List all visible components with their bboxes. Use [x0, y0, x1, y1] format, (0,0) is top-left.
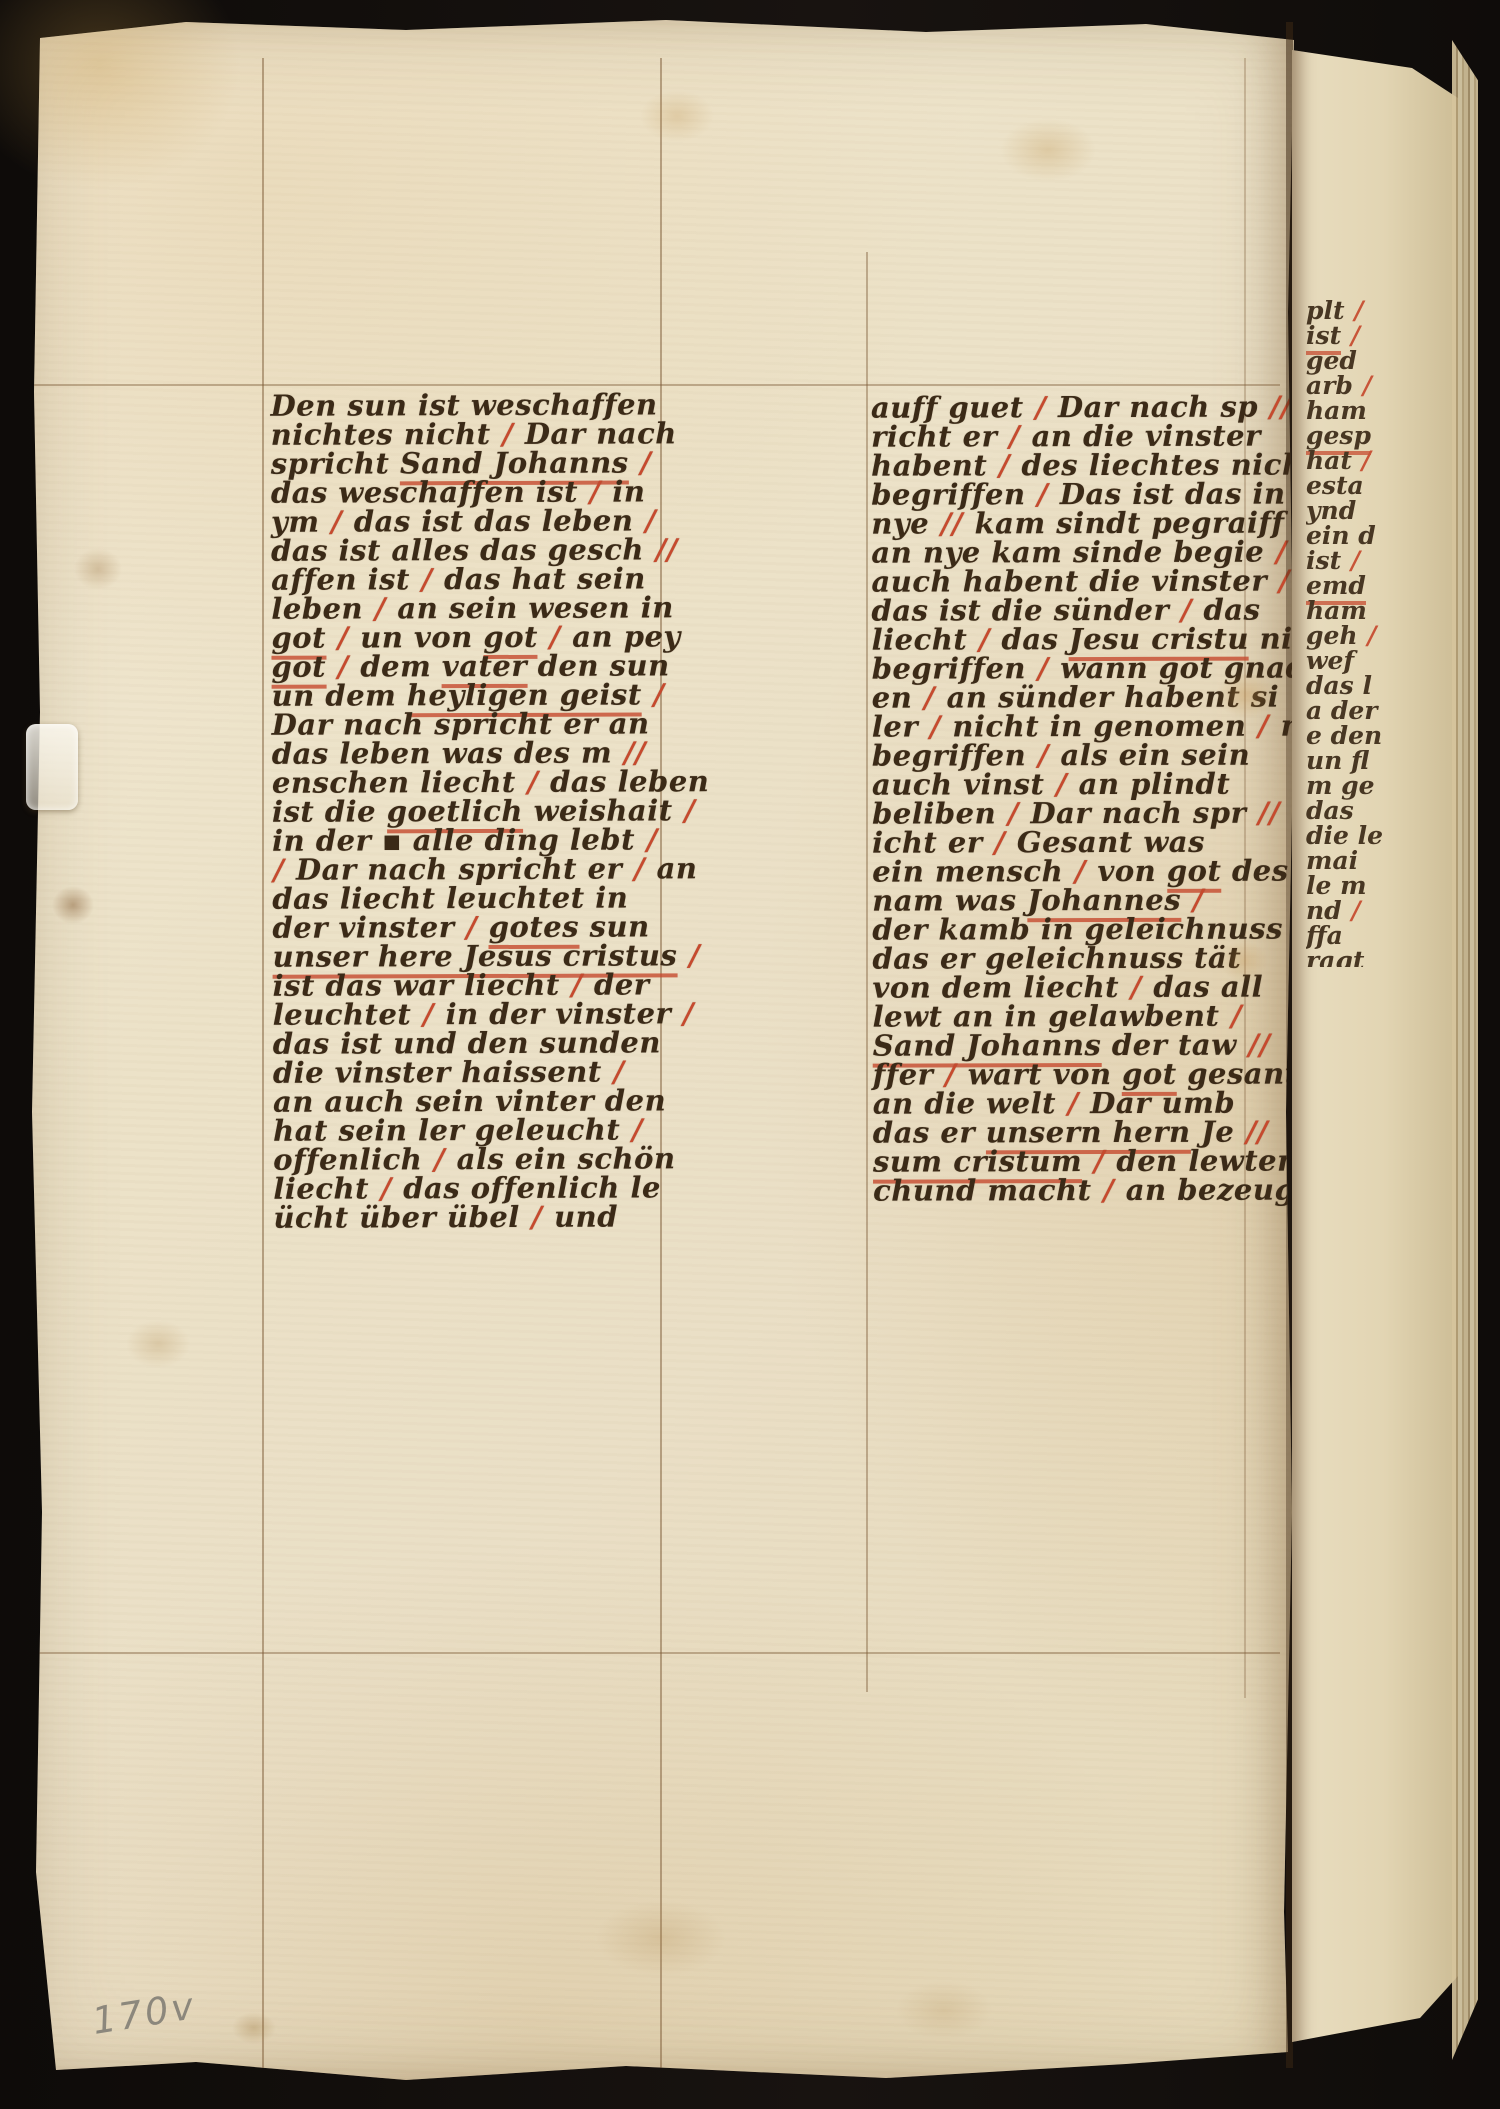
- rubric-slash: /: [1366, 621, 1377, 650]
- film-clip: [26, 724, 78, 810]
- next-page-edge: plt /ist /gedarb /hamgesphat /estayndein…: [1292, 26, 1458, 2062]
- rubric-slash: /: [1257, 709, 1270, 743]
- rubric-slash: //: [654, 532, 678, 566]
- text-line: Dar nach spricht er an: [272, 702, 710, 733]
- edge-text-fragment: e den: [1306, 717, 1446, 742]
- fore-edge-page-stack: [1452, 40, 1478, 2060]
- text-line: der vinster / gotes sun: [272, 905, 710, 936]
- rubric-slash: /: [1350, 896, 1361, 925]
- page-gutter-shadow: [1286, 22, 1293, 2068]
- rubric-slash: /: [683, 793, 696, 827]
- text-line: unser here Jesus cristus /: [272, 934, 710, 965]
- text-line: ist die goetlich weishait /: [272, 789, 710, 820]
- text-line: das weschaffen ist / in: [271, 470, 709, 501]
- text-line: das leben was des m //: [272, 731, 710, 762]
- rubric-slash: /: [1102, 1173, 1115, 1207]
- edge-text-fragment: ffa: [1306, 917, 1446, 942]
- edge-text-fragment: plt /: [1306, 292, 1446, 317]
- text-line: leben / an sein wesen in: [271, 586, 709, 617]
- text-line: affen ist / das hat sein: [271, 557, 709, 588]
- text-line: / Dar nach spricht er / an: [272, 847, 710, 878]
- text-line: got / un von got / an pey: [271, 615, 709, 646]
- edge-text-fragment: ged: [1306, 342, 1446, 367]
- text-line: das ist alles das gesch //: [271, 528, 709, 559]
- rubric-slash: /: [688, 938, 701, 972]
- edge-text-fragment: ham: [1306, 592, 1446, 617]
- edge-text-fragment: geh /: [1306, 617, 1446, 642]
- text-line: got / dem vater den sun: [271, 644, 709, 675]
- edge-text-fragment: le m: [1306, 867, 1446, 892]
- text-line: leuchtet / in der vinster /: [273, 992, 711, 1023]
- text-line: enschen liecht / das leben: [272, 760, 710, 791]
- text-line: ist das war liecht / der: [273, 963, 711, 994]
- text-column-left: Den sun ist weschaffennichtes nicht / Da…: [271, 383, 711, 1226]
- ruling-line-horizontal-bottom: [34, 1652, 1280, 1654]
- edge-text-fragment: emd: [1306, 567, 1446, 592]
- text-line: nichtes nicht / Dar nach: [271, 412, 709, 443]
- manuscript-photo: Den sun ist weschaffennichtes nicht / Da…: [0, 0, 1500, 2109]
- text-line: spricht Sand Johanns /: [271, 441, 709, 472]
- rubric-slash: //: [1257, 796, 1281, 830]
- edge-text-fragment: m ge: [1306, 767, 1446, 792]
- rubric-slash: /: [633, 851, 646, 885]
- text-line: Den sun ist weschaffen: [271, 383, 709, 414]
- edge-text-fragment: ynd: [1306, 492, 1446, 517]
- manuscript-page: Den sun ist weschaffennichtes nicht / Da…: [26, 12, 1294, 2084]
- text-line: liecht / das offenlich le: [273, 1166, 711, 1197]
- edge-text-fragment: esta: [1306, 467, 1446, 492]
- text-line: das ist und den sunden: [273, 1021, 711, 1052]
- edge-text-fragment: arb /: [1306, 367, 1446, 392]
- edge-text-fragment: die le: [1306, 817, 1446, 842]
- edge-text-fragment: ham: [1306, 392, 1446, 417]
- ruling-line-vertical-right-column: [866, 252, 868, 1692]
- edge-text-fragment: nd /: [1306, 892, 1446, 917]
- edge-text-fragment: das: [1306, 792, 1446, 817]
- rubric-slash: /: [682, 996, 695, 1030]
- text-line: an auch sein vinter den: [273, 1079, 711, 1110]
- edge-text-fragment: ein d: [1306, 517, 1446, 542]
- rubric-slash: /: [530, 1200, 543, 1234]
- edge-text-fragment: a der: [1306, 692, 1446, 717]
- text-line: offenlich / als ein schön: [273, 1137, 711, 1168]
- edge-text-fragment: hat /: [1306, 442, 1446, 467]
- edge-text-fragment: ist /: [1306, 317, 1446, 342]
- edge-text-fragment: gesp: [1306, 417, 1446, 442]
- text-line: in der ▪ alle ding lebt /: [272, 818, 710, 849]
- text-line: ym / das ist das leben /: [271, 499, 709, 530]
- edge-text-fragment: ist /: [1306, 542, 1446, 567]
- text-line: un dem heyligen geist /: [272, 673, 710, 704]
- ruling-line-vertical-left: [262, 58, 264, 2074]
- edge-text-fragment: ragt: [1306, 942, 1446, 967]
- rubric-slash: /: [652, 677, 665, 711]
- edge-text-fragment: das l: [1306, 667, 1446, 692]
- edge-text-fragments: plt /ist /gedarb /hamgesphat /estayndein…: [1306, 292, 1446, 967]
